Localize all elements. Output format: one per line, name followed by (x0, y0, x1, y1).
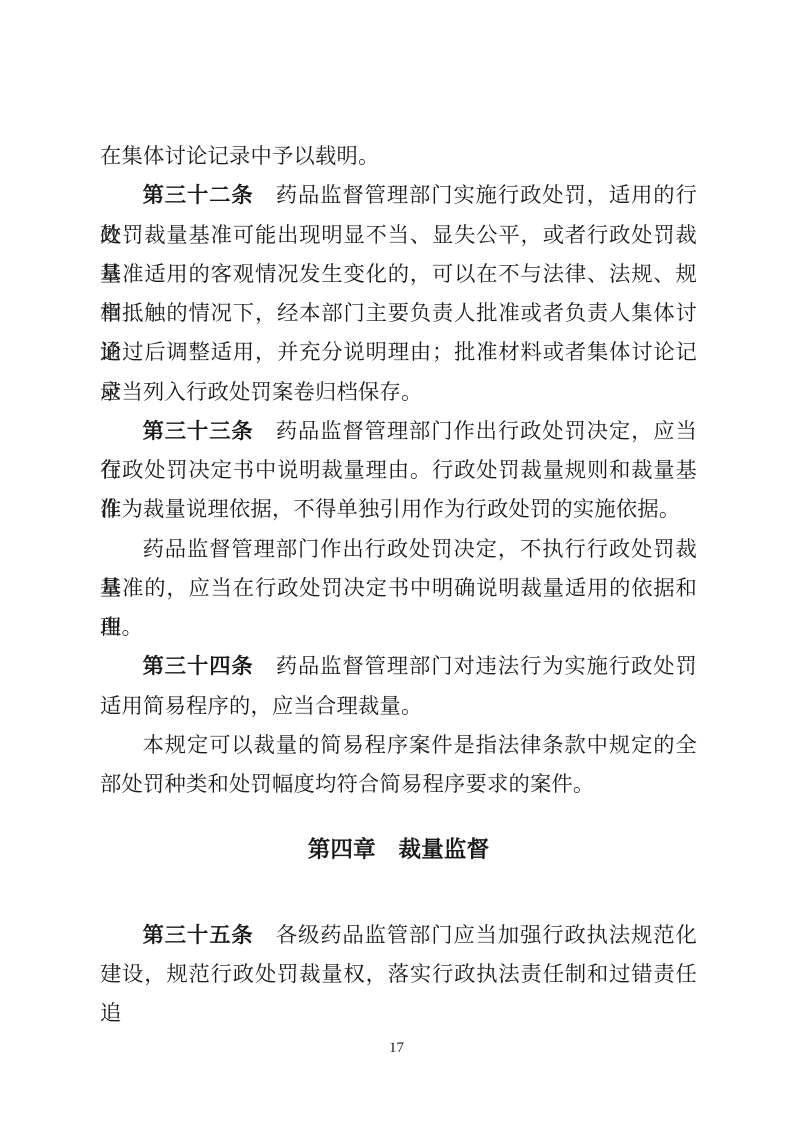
text-line: 基准适用的客观情况发生变化的，可以在不与法律、法规、规章 (100, 255, 697, 294)
article-number: 第三十五条 (143, 923, 254, 948)
text-line: 应当列入行政处罚案卷归档保存。 (100, 373, 697, 412)
text-line: 部处罚种类和处罚幅度均符合简易程序要求的案件。 (100, 765, 697, 804)
text-line: 本规定可以裁量的简易程序案件是指法律条款中规定的全 (100, 726, 697, 765)
text-lines: 在集体讨论记录中予以载明。第三十二条 药品监督管理部门实施行政处罚，适用的行政处… (100, 137, 697, 994)
text-line: 药品监督管理部门作出行政处罚决定，不执行行政处罚裁量 (100, 530, 697, 569)
page-number: 17 (0, 1038, 793, 1058)
text-line: 处罚裁量基准可能出现明显不当、显失公平，或者行政处罚裁量 (100, 216, 697, 255)
text-line: 第三十三条 药品监督管理部门作出行政处罚决定，应当在 (100, 412, 697, 451)
text-line: 第三十四条 药品监督管理部门对违法行为实施行政处罚 (100, 647, 697, 686)
chapter-heading: 第四章 裁量监督 (100, 831, 697, 870)
document-page: 在集体讨论记录中予以载明。第三十二条 药品监督管理部门实施行政处罚，适用的行政处… (0, 0, 793, 1122)
text-line: 第三十五条 各级药品监管部门应当加强行政执法规范化 (100, 916, 697, 955)
article-number: 第三十三条 (143, 419, 254, 444)
article-number: 第三十四条 (143, 654, 254, 679)
text-line: 建设，规范行政处罚裁量权，落实行政执法责任制和过错责任追 (100, 955, 697, 994)
text-line: 由。 (100, 608, 697, 647)
text-line: 行政处罚决定书中说明裁量理由。行政处罚裁量规则和裁量基准 (100, 451, 697, 490)
text-line: 在集体讨论记录中予以载明。 (100, 137, 697, 176)
text-line: 基准的，应当在行政处罚决定书中明确说明裁量适用的依据和理 (100, 569, 697, 608)
text-line: 通过后调整适用，并充分说明理由；批准材料或者集体讨论记录 (100, 333, 697, 372)
article-number: 第三十二条 (143, 183, 254, 208)
text-line: 适用简易程序的，应当合理裁量。 (100, 687, 697, 726)
text-line: 作为裁量说理依据，不得单独引用作为行政处罚的实施依据。 (100, 490, 697, 529)
text-line: 相抵触的情况下，经本部门主要负责人批准或者负责人集体讨论 (100, 294, 697, 333)
text-line: 第三十二条 药品监督管理部门实施行政处罚，适用的行政 (100, 176, 697, 215)
